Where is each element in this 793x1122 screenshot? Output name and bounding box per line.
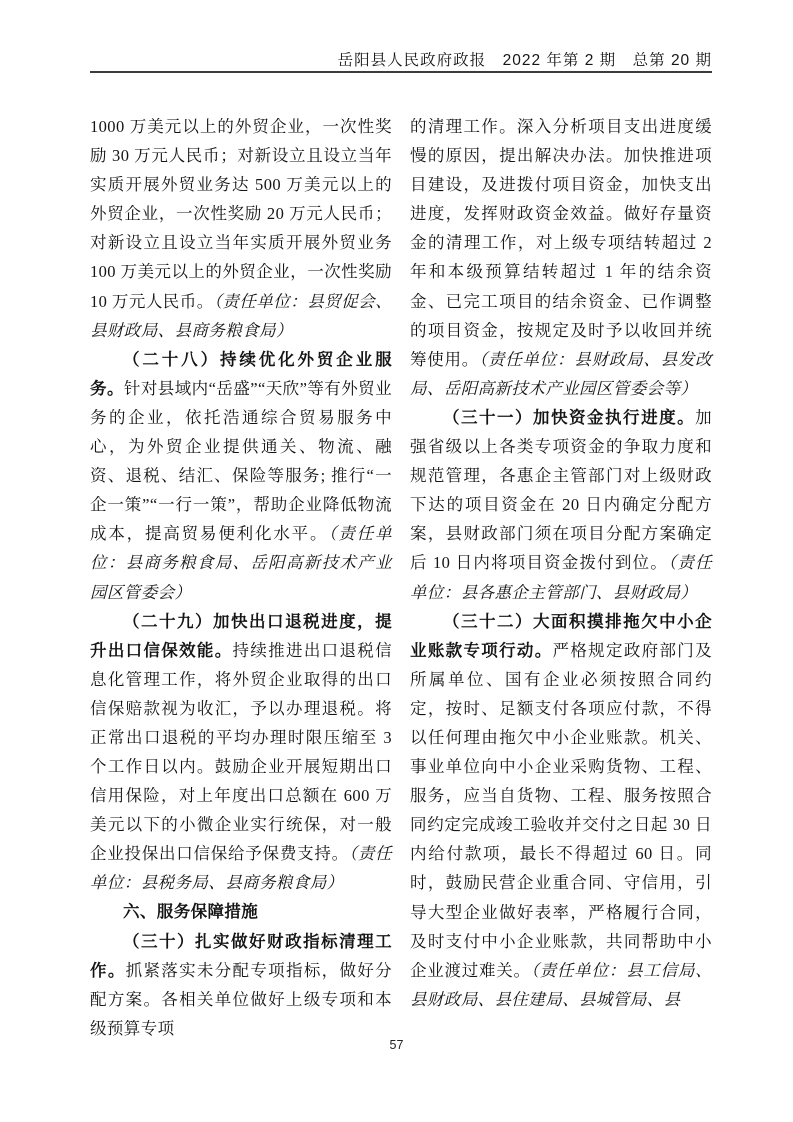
page-number: 57 bbox=[390, 1038, 404, 1052]
content-columns: 1000 万美元以上的外贸企业，一次性奖励 30 万元人民币；对新设立且设立当年… bbox=[90, 112, 712, 1043]
text-segment-heading: 六、服务保障措施 bbox=[123, 903, 258, 921]
paragraph: （二十八）持续优化外贸企业服务。针对县域内“岳盛”“天欣”等有外贸业务的企业，依… bbox=[90, 345, 392, 607]
text-segment-regular: 持续推进出口退税信息化管理工作，将外贸企业取得的出口信保赔款视为收汇，予以办理退… bbox=[90, 641, 392, 864]
page-footer: 57 bbox=[0, 1036, 793, 1054]
text-segment-regular: 的清理工作。深入分析项目支出进度缓慢的原因，提出解决办法。加快推进项目建设，及进… bbox=[410, 117, 712, 369]
header-title: 岳阳县人民政府政报 2022 年第 2 期 总第 20 期 bbox=[338, 48, 712, 70]
gazette-page: 岳阳县人民政府政报 2022 年第 2 期 总第 20 期 1000 万美元以上… bbox=[0, 0, 793, 1122]
text-segment-regular: 加强省级以上各类专项资金的争取力度和规范管理，各惠企主管部门对上级财政下达的项目… bbox=[410, 408, 712, 572]
text-segment-regular: 严格规定政府部门及所属单位、国有企业必须按照合同约定，按时、足额支付各项应付款，… bbox=[410, 641, 712, 980]
text-segment-regular: 抓紧落实未分配专项指标，做好分配方案。各相关单位做好上级专项和本级预算专项 bbox=[90, 961, 392, 1038]
section-heading: 六、服务保障措施 bbox=[90, 898, 392, 927]
right-column: 的清理工作。深入分析项目支出进度缓慢的原因，提出解决办法。加快推进项目建设，及进… bbox=[410, 112, 712, 1043]
text-segment-regular: 1000 万美元以上的外贸企业，一次性奖励 30 万元人民币；对新设立且设立当年… bbox=[90, 117, 392, 311]
text-segment-regular: 针对县域内“岳盛”“天欣”等有外贸业务的企业，依托浩通综合贸易服务中心，为外贸企… bbox=[90, 379, 392, 543]
paragraph: （三十）扎实做好财政指标清理工作。抓紧落实未分配专项指标，做好分配方案。各相关单… bbox=[90, 927, 392, 1043]
paragraph: （三十二）大面积摸排拖欠中小企业账款专项行动。严格规定政府部门及所属单位、国有企… bbox=[410, 607, 712, 1014]
left-column: 1000 万美元以上的外贸企业，一次性奖励 30 万元人民币；对新设立且设立当年… bbox=[90, 112, 392, 1043]
text-segment-bold: （三十一）加快资金执行进度。 bbox=[443, 408, 695, 427]
paragraph: （三十一）加快资金执行进度。加强省级以上各类专项资金的争取力度和规范管理，各惠企… bbox=[410, 403, 712, 607]
header-rule bbox=[90, 71, 712, 73]
paragraph: （二十九）加快出口退税进度，提升出口信保效能。持续推进出口退税信息化管理工作，将… bbox=[90, 607, 392, 898]
paragraph: 1000 万美元以上的外贸企业，一次性奖励 30 万元人民币；对新设立且设立当年… bbox=[90, 112, 392, 345]
paragraph: 的清理工作。深入分析项目支出进度缓慢的原因，提出解决办法。加快推进项目建设，及进… bbox=[410, 112, 712, 403]
